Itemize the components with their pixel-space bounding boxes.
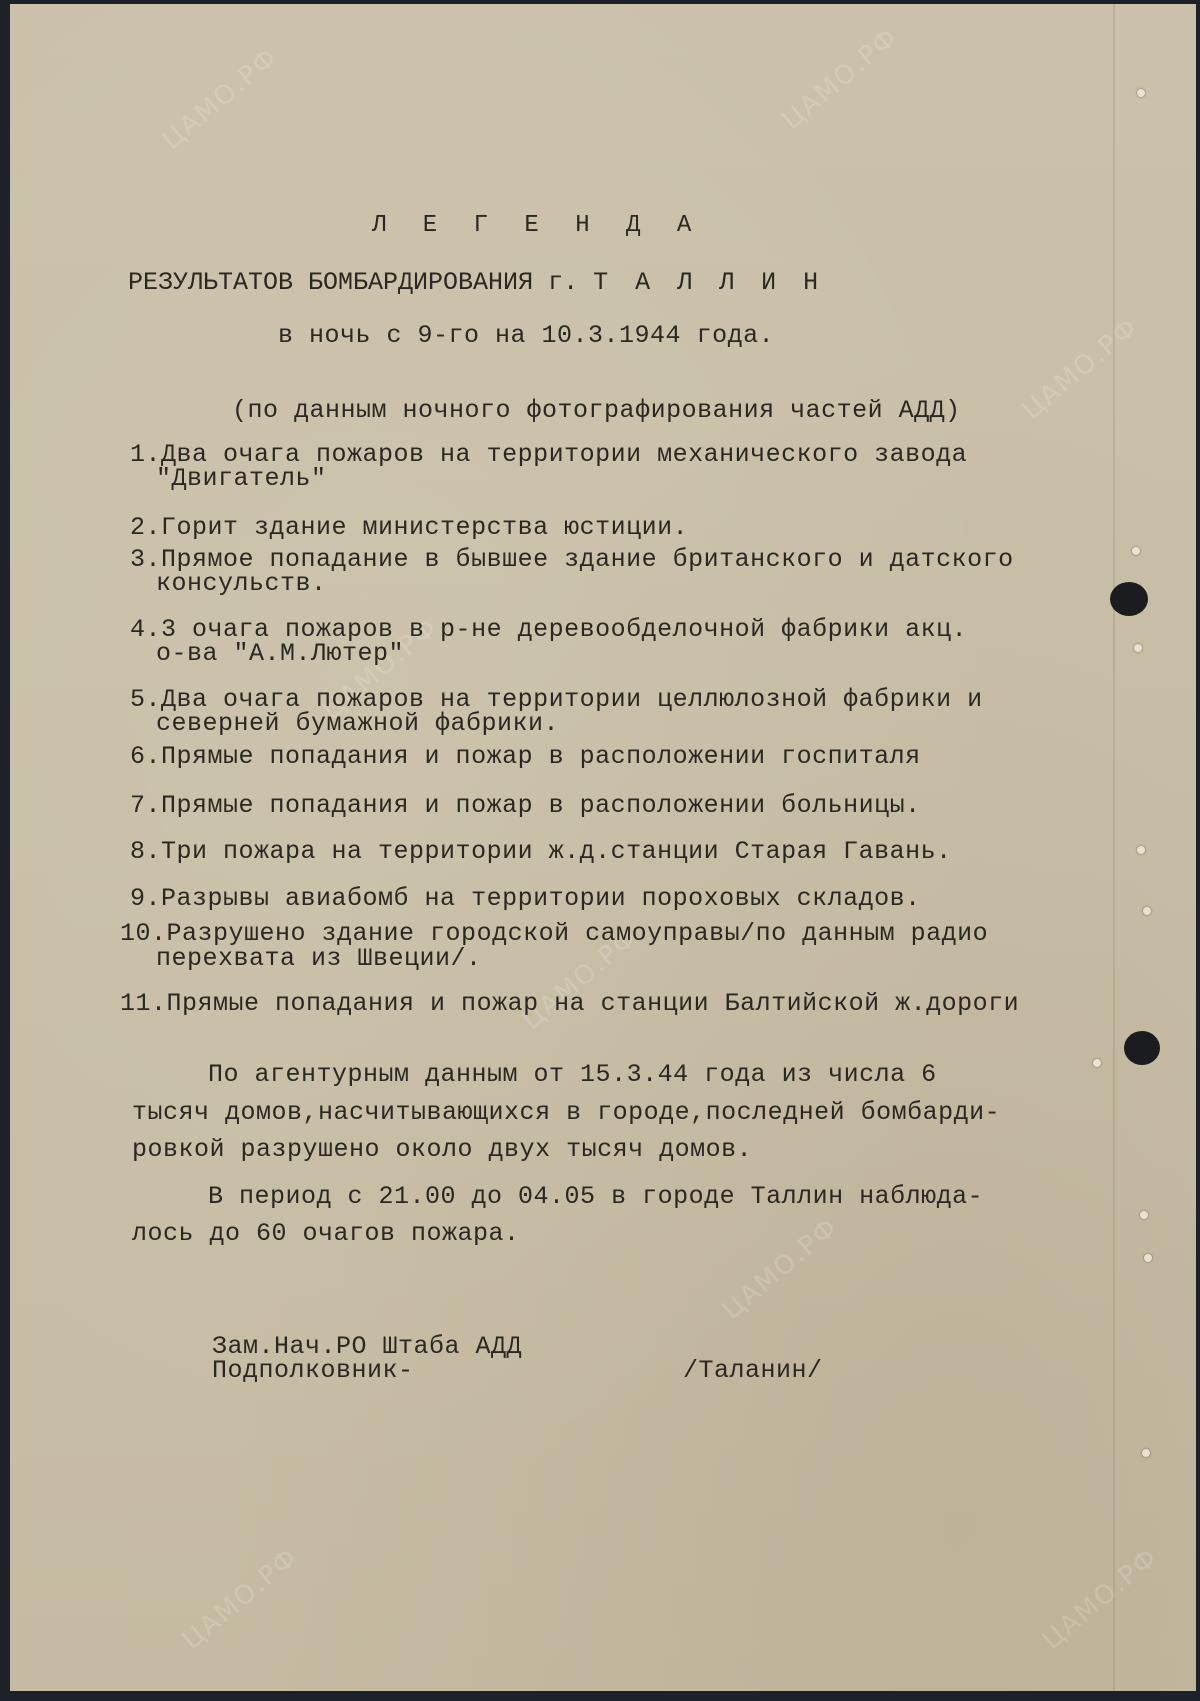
watermark: ЦАМО.РФ — [777, 22, 904, 136]
pin-hole — [1142, 1449, 1150, 1457]
list-item-continuation: "Двигатель" — [156, 464, 327, 494]
pin-hole — [1093, 1059, 1101, 1067]
pin-hole — [1140, 1211, 1148, 1219]
pin-hole — [1132, 547, 1140, 555]
list-item: 2.Горит здание министерства юстиции. — [130, 513, 688, 543]
signer-name: /Таланин/ — [683, 1356, 823, 1386]
pin-hole — [1144, 1254, 1152, 1262]
pin-hole — [1137, 846, 1145, 854]
document-title: Л Е Г Е Н Д А — [372, 211, 702, 241]
list-item: 7.Прямые попадания и пожар в расположени… — [130, 791, 921, 821]
watermark: ЦАМО.РФ — [1017, 312, 1144, 426]
paper-fold-line — [1113, 4, 1115, 1691]
signer-rank: Подполковник- — [212, 1356, 414, 1386]
watermark: ЦАМО.РФ — [717, 1212, 844, 1326]
punch-hole — [1124, 1031, 1160, 1065]
watermark: ЦАМО.РФ — [157, 42, 284, 156]
list-item: 9.Разрывы авиабомб на территории порохов… — [130, 884, 921, 914]
document-page: ЦАМО.РФ ЦАМО.РФ ЦАМО.РФ ЦАМО.РФ ЦАМО.РФ … — [10, 4, 1196, 1691]
pin-hole — [1143, 907, 1151, 915]
list-item-continuation: консульств. — [156, 569, 327, 599]
list-item: 8.Три пожара на территории ж.д.станции С… — [130, 837, 952, 867]
pin-hole — [1134, 644, 1142, 652]
list-item: 6.Прямые попадания и пожар в расположени… — [130, 742, 921, 772]
list-item-continuation: о-ва "А.М.Лютер" — [156, 639, 404, 669]
list-item: 11.Прямые попадания и пожар на станции Б… — [120, 989, 1019, 1019]
list-item-continuation: северней бумажной фабрики. — [156, 709, 559, 739]
watermark: ЦАМО.РФ — [1037, 1542, 1164, 1656]
subtitle-prefix: РЕЗУЛЬТАТОВ БОМБАРДИРОВАНИЯ г. — [128, 268, 578, 297]
document-subtitle: РЕЗУЛЬТАТОВ БОМБАРДИРОВАНИЯ г. Т А Л Л И… — [128, 268, 824, 298]
pin-hole — [1137, 89, 1145, 97]
watermark: ЦАМО.РФ — [177, 1542, 304, 1656]
subtitle-city: Т А Л Л И Н — [593, 268, 824, 297]
list-item-continuation: перехвата из Швеции/. — [156, 944, 482, 974]
punch-hole — [1110, 582, 1148, 616]
date-line: в ночь с 9-го на 10.3.1944 года. — [278, 321, 774, 351]
source-note: (по данным ночного фотографирования част… — [232, 396, 961, 426]
